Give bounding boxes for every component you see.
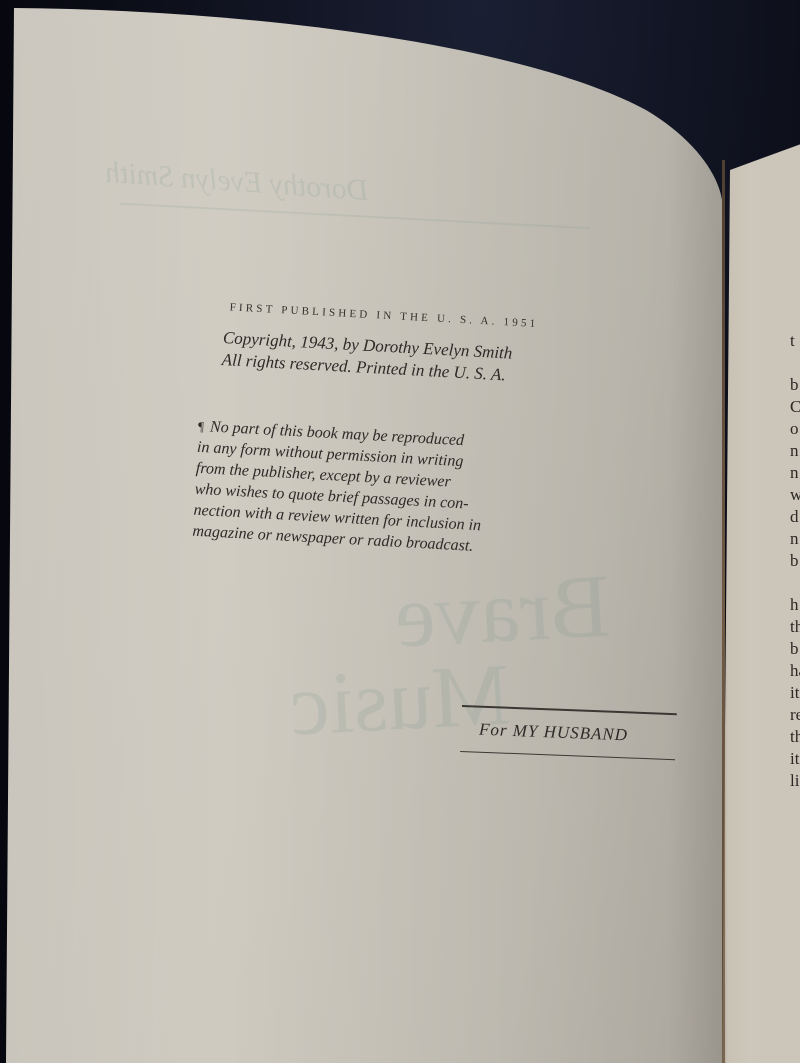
facing-page-line (790, 572, 800, 594)
facing-page-line: d (790, 506, 800, 528)
dedication-block: For MY HUSBAND (460, 705, 677, 760)
facing-page-line: b (790, 550, 800, 572)
facing-page-line: w (790, 484, 800, 506)
copyright-block: FIRST PUBLISHED IN THE U. S. A. 1951 Cop… (192, 300, 605, 563)
facing-page-line: ha (790, 660, 800, 682)
facing-page-text: tbConnwdnbhthbhaitrethitli (790, 330, 800, 792)
facing-page-line: n (790, 440, 800, 462)
facing-page-line: th (790, 726, 800, 748)
facing-page-line: n (790, 528, 800, 550)
facing-page-line: n (790, 462, 800, 484)
facing-page-line: th (790, 616, 800, 638)
facing-page-line: h (790, 594, 800, 616)
facing-page-line: o (790, 418, 800, 440)
facing-page-line: b (790, 374, 800, 396)
facing-page-line (790, 352, 800, 374)
facing-page-line: it (790, 682, 800, 704)
facing-page-line: b (790, 638, 800, 660)
facing-page-line: t (790, 330, 800, 352)
dedication-text: For MY HUSBAND (479, 719, 677, 747)
book-gutter (722, 160, 725, 1063)
copyright-notice: Copyright, 1943, by Dorothy Evelyn Smith… (221, 327, 603, 391)
facing-page (722, 140, 800, 1063)
pilcrow-icon: ¶ (198, 419, 205, 434)
facing-page-line: C (790, 396, 800, 418)
reproduction-notice: ¶No part of this book may be reproduced … (192, 416, 560, 561)
facing-page-line: li (790, 770, 800, 792)
book-photo: tbConnwdnbhthbhaitrethitli Dorothy Evely… (0, 0, 800, 1063)
facing-page-line: re (790, 704, 800, 726)
facing-page-line: it (790, 748, 800, 770)
